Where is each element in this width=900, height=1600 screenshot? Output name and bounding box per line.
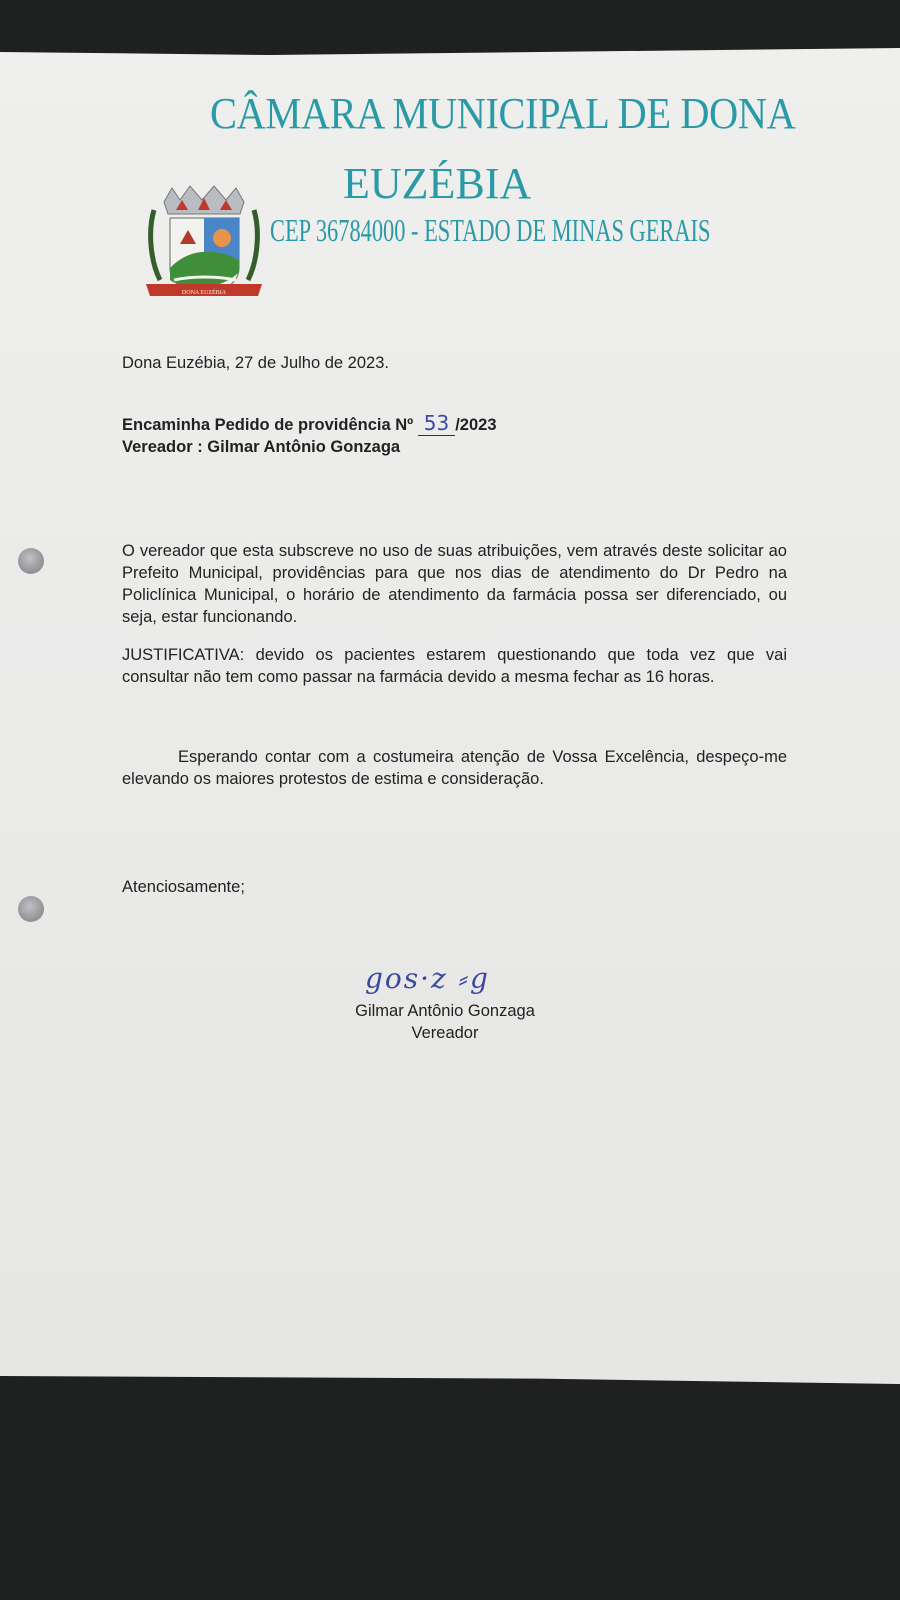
closing-salutation: Atenciosamente; — [122, 876, 787, 898]
signer-name: Gilmar Antônio Gonzaga — [330, 1000, 560, 1022]
header-title-line1: CÂMARA MUNICIPAL DE DONA — [210, 88, 744, 139]
signer-title: Vereador — [330, 1022, 560, 1044]
request-paragraph: O vereador que esta subscreve no uso de … — [122, 540, 787, 628]
letter-date: Dona Euzébia, 27 de Julho de 2023. — [122, 352, 787, 374]
letter-reference: Encaminha Pedido de providência Nº 53/20… — [122, 412, 787, 458]
justification-paragraph: JUSTIFICATIVA: devido os pacientes estar… — [122, 644, 787, 688]
councillor-line: Vereador : Gilmar Antônio Gonzaga — [122, 438, 400, 456]
punch-hole — [18, 548, 44, 574]
svg-text:DONA EUZÉBIA: DONA EUZÉBIA — [182, 288, 227, 296]
signature-block: Gilmar Antônio Gonzaga Vereador — [330, 1000, 560, 1044]
municipal-coat-of-arms-icon: DONA EUZÉBIA — [142, 180, 267, 305]
reference-suffix: /2023 — [455, 416, 496, 434]
header-cep-state: CEP 36784000 - ESTADO DE MINAS GERAIS — [270, 212, 634, 249]
reference-number: 53 — [418, 411, 455, 436]
header-title-line2: EUZÉBIA — [343, 158, 543, 209]
punch-hole — [18, 896, 44, 922]
reference-prefix: Encaminha Pedido de providência Nº — [122, 416, 418, 434]
handwritten-signature: gos·z ⸗g — [365, 962, 490, 996]
closing-paragraph: Esperando contar com a costumeira atençã… — [122, 746, 787, 790]
